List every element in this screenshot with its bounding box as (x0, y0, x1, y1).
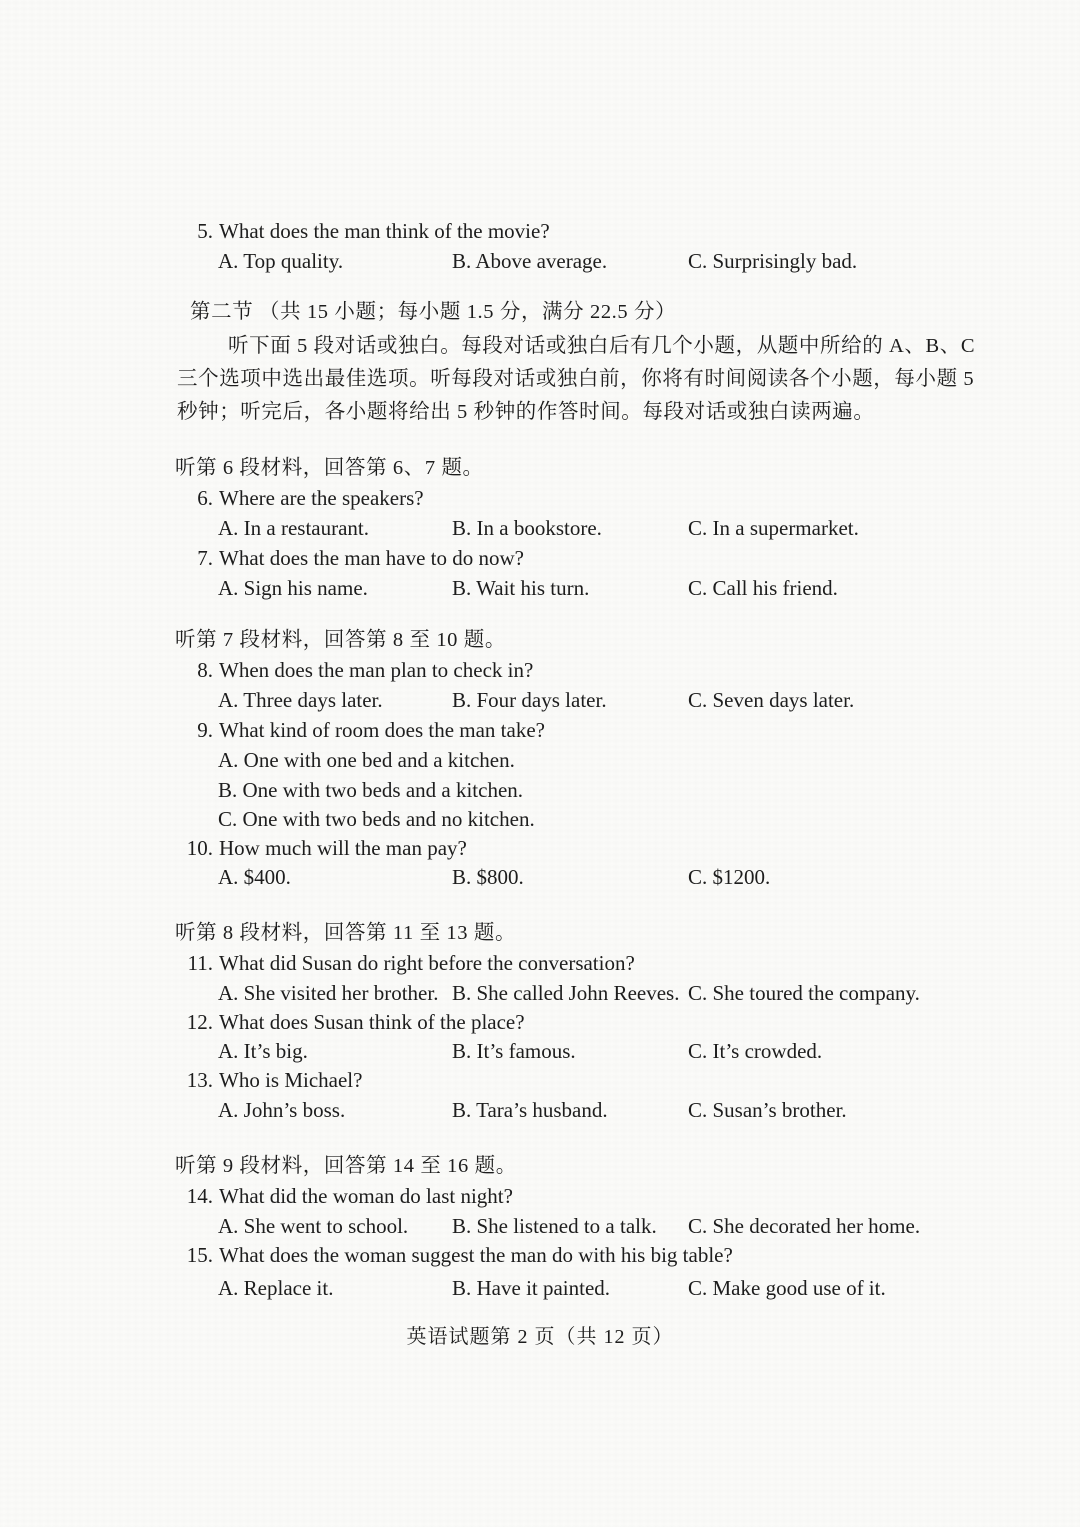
question-12-option-a: A. It’s big. (218, 1037, 308, 1065)
question-5-number: 5. (186, 217, 213, 245)
question-5-text: What does the man think of the movie? (219, 219, 550, 243)
instructions-line-1: 听下面 5 段对话或独白。每段对话或独白后有几个小题，从题中所给的 A、B、C (0, 332, 1080, 360)
question-12-number: 12. (186, 1008, 213, 1036)
question-7-number: 7. (186, 544, 213, 572)
question-14-option-c: C. She decorated her home. (688, 1212, 920, 1240)
question-13: 13.Who is Michael? (0, 1066, 1080, 1094)
question-5-option-a: A. Top quality. (218, 247, 343, 275)
question-12: 12.What does Susan think of the place? (0, 1008, 1080, 1036)
question-14-text: What did the woman do last night? (219, 1184, 513, 1208)
question-11-option-c: C. She toured the company. (688, 979, 920, 1007)
question-6-option-c: C. In a supermarket. (688, 514, 859, 542)
question-15: 15.What does the woman suggest the man d… (0, 1241, 1080, 1269)
question-6-text: Where are the speakers? (219, 486, 424, 510)
question-10-text: How much will the man pay? (219, 836, 467, 860)
question-10-option-a: A. $400. (218, 863, 291, 891)
question-15-option-a: A. Replace it. (218, 1274, 333, 1302)
question-8-text: When does the man plan to check in? (219, 658, 533, 682)
material-9-header: 听第 9 段材料，回答第 14 至 16 题。 (0, 1152, 1080, 1180)
exam-page: 5.What does the man think of the movie? … (0, 0, 1080, 1527)
question-8-number: 8. (186, 656, 213, 684)
instructions-line-3: 秒钟；听完后，各小题将给出 5 秒钟的作答时间。每段对话或独白读两遍。 (0, 398, 1080, 426)
question-7-text: What does the man have to do now? (219, 546, 524, 570)
question-14: 14.What did the woman do last night? (0, 1182, 1080, 1210)
question-13-option-b: B. Tara’s husband. (452, 1096, 608, 1124)
question-9-option-b: B. One with two beds and a kitchen. (0, 776, 1080, 804)
question-9-option-c: C. One with two beds and no kitchen. (0, 805, 1080, 833)
question-6-option-a: A. In a restaurant. (218, 514, 369, 542)
question-14-option-a: A. She went to school. (218, 1212, 408, 1240)
question-15-option-c: C. Make good use of it. (688, 1274, 886, 1302)
question-7-option-a: A. Sign his name. (218, 574, 368, 602)
question-11-text: What did Susan do right before the conve… (219, 951, 635, 975)
question-5-option-c: C. Surprisingly bad. (688, 247, 857, 275)
material-7-header: 听第 7 段材料，回答第 8 至 10 题。 (0, 626, 1080, 654)
question-10-option-c: C. $1200. (688, 863, 770, 891)
question-13-option-a: A. John’s boss. (218, 1096, 345, 1124)
question-9: 9.What kind of room does the man take? (0, 716, 1080, 744)
question-11-number: 11. (186, 949, 213, 977)
section-2-heading: 第二节 （共 15 小题；每小题 1.5 分，满分 22.5 分） (0, 298, 1080, 326)
question-10: 10.How much will the man pay? (0, 834, 1080, 862)
question-10-option-b: B. $800. (452, 863, 524, 891)
question-13-number: 13. (186, 1066, 213, 1094)
question-15-text: What does the woman suggest the man do w… (219, 1243, 733, 1267)
question-9-option-a: A. One with one bed and a kitchen. (0, 746, 1080, 774)
question-7-option-b: B. Wait his turn. (452, 574, 589, 602)
question-6: 6.Where are the speakers? (0, 484, 1080, 512)
question-14-option-b: B. She listened to a talk. (452, 1212, 657, 1240)
question-14-number: 14. (186, 1182, 213, 1210)
question-15-option-b: B. Have it painted. (452, 1274, 610, 1302)
question-5: 5.What does the man think of the movie? (0, 217, 1080, 245)
question-13-option-c: C. Susan’s brother. (688, 1096, 847, 1124)
question-9-text: What kind of room does the man take? (219, 718, 545, 742)
question-8-option-a: A. Three days later. (218, 686, 383, 714)
question-15-number: 15. (186, 1241, 213, 1269)
question-11-option-a: A. She visited her brother. (218, 979, 438, 1007)
page-footer: 英语试题第 2 页（共 12 页） (0, 1323, 1080, 1351)
question-8: 8.When does the man plan to check in? (0, 656, 1080, 684)
question-11: 11.What did Susan do right before the co… (0, 949, 1080, 977)
question-11-option-b: B. She called John Reeves. (452, 979, 679, 1007)
material-6-header: 听第 6 段材料，回答第 6、7 题。 (0, 454, 1080, 482)
question-10-number: 10. (186, 834, 213, 862)
question-12-option-b: B. It’s famous. (452, 1037, 576, 1065)
material-8-header: 听第 8 段材料，回答第 11 至 13 题。 (0, 919, 1080, 947)
question-8-option-c: C. Seven days later. (688, 686, 854, 714)
question-6-option-b: B. In a bookstore. (452, 514, 602, 542)
question-12-option-c: C. It’s crowded. (688, 1037, 822, 1065)
question-6-number: 6. (186, 484, 213, 512)
question-5-option-b: B. Above average. (452, 247, 607, 275)
question-13-text: Who is Michael? (219, 1068, 362, 1092)
question-9-number: 9. (186, 716, 213, 744)
instructions-line-2: 三个选项中选出最佳选项。听每段对话或独白前，你将有时间阅读各个小题，每小题 5 (0, 365, 1080, 393)
question-12-text: What does Susan think of the place? (219, 1010, 525, 1034)
question-7: 7.What does the man have to do now? (0, 544, 1080, 572)
question-7-option-c: C. Call his friend. (688, 574, 838, 602)
question-8-option-b: B. Four days later. (452, 686, 607, 714)
